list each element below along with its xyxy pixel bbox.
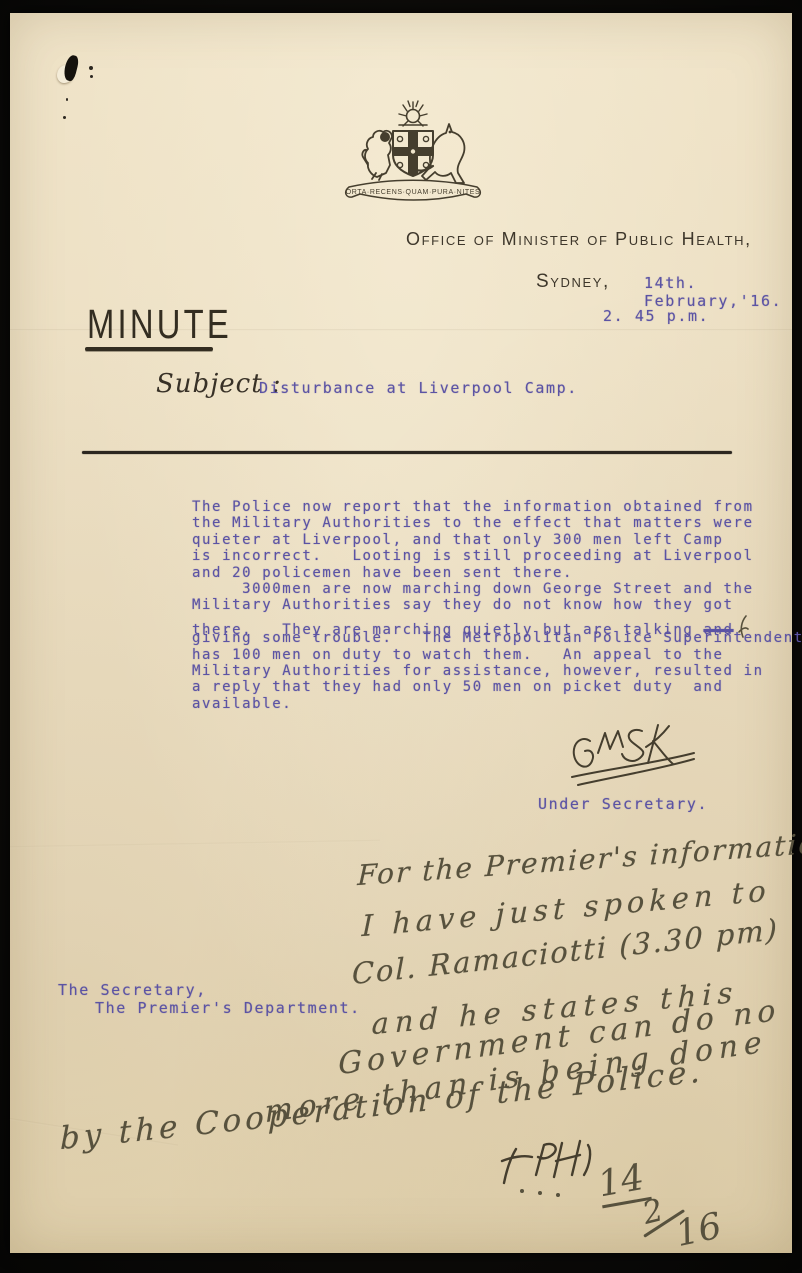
body-line: is incorrect. Looting is still proceedin…: [192, 548, 802, 564]
ink-speck: [63, 116, 66, 119]
photographed-document: ORTA·RECENS·QUAM·PURA·NITES Office of Mi…: [0, 0, 802, 1273]
premier-initials-signature: [492, 1135, 610, 1207]
body-line: available.: [192, 696, 802, 712]
body-line: quieter at Liverpool, and that only 300 …: [192, 532, 802, 548]
minute-underline: [85, 347, 213, 351]
body-line: a reply that they had only 50 men on pic…: [192, 679, 802, 695]
under-secretary-signature: [558, 719, 708, 797]
typed-time: 2. 45 p.m.: [603, 307, 709, 325]
body-line: Military Authorities for assistance, how…: [192, 663, 802, 679]
addressee-line-2: The Premier's Department.: [95, 999, 361, 1017]
motto-text: ORTA·RECENS·QUAM·PURA·NITES: [346, 189, 481, 196]
nsw-coat-of-arms: ORTA·RECENS·QUAM·PURA·NITES: [337, 99, 489, 203]
ink-speck: [90, 75, 93, 78]
body-line: Military Authorities say they do not kno…: [192, 597, 802, 613]
body-line: the Military Authorities to the effect t…: [192, 515, 802, 531]
body-line: 3000men are now marching down George Str…: [192, 581, 802, 597]
handwritten-date-year: 16: [672, 1205, 725, 1255]
body-line: there. They are marching quietly but are…: [192, 614, 802, 630]
body-line: and 20 policemen have been sent there.: [192, 565, 802, 581]
place-label: Sydney,: [536, 271, 610, 293]
body-line: has 100 men on duty to watch them. An ap…: [192, 647, 802, 663]
pin-hole: [62, 54, 80, 82]
motto-ribbon: ORTA·RECENS·QUAM·PURA·NITES: [346, 180, 481, 200]
body-line: giving some trouble. The Metropolitan Po…: [192, 630, 802, 646]
typed-date: 14th. February,'16.: [644, 274, 792, 310]
addressee-line-1: The Secretary,: [58, 981, 207, 999]
ink-speck: [66, 98, 68, 101]
paper-crease: [10, 840, 380, 848]
horizontal-rule: [82, 451, 732, 454]
sun-crest: [399, 101, 427, 126]
subject-value: Disturbance at Liverpool Camp.: [259, 379, 578, 397]
body-line: The Police now report that the informati…: [192, 499, 802, 515]
document-page: ORTA·RECENS·QUAM·PURA·NITES Office of Mi…: [10, 13, 792, 1253]
under-secretary-title: Under Secretary.: [538, 795, 708, 813]
body-text: The Police now report that the informati…: [192, 499, 802, 712]
office-line: Office of Minister of Public Health,: [406, 229, 752, 250]
lion-supporter: [362, 131, 392, 180]
minute-heading: MINUTE: [87, 301, 232, 348]
pinhole-tear: [57, 55, 85, 87]
ink-speck: [89, 66, 93, 70]
